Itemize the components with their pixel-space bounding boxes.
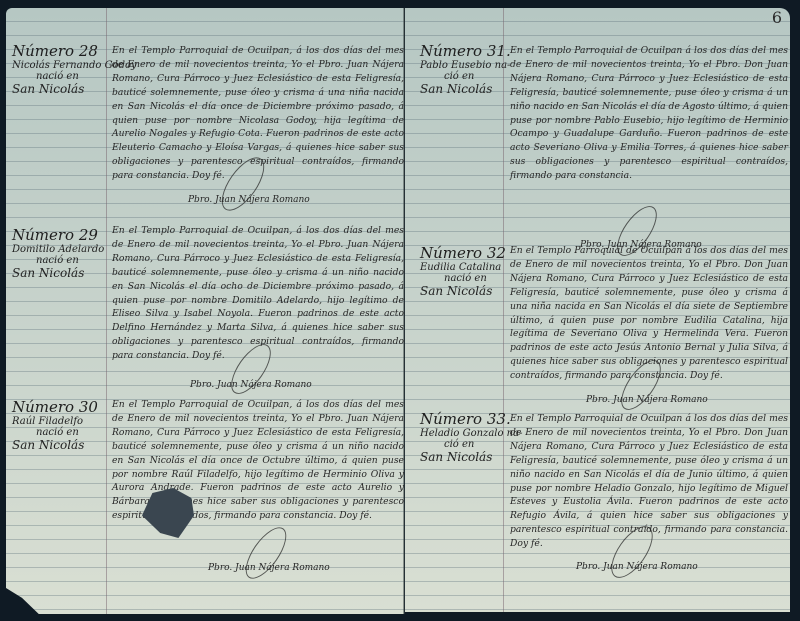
- birthplace: San Nicolás: [12, 438, 112, 452]
- birthplace: San Nicolás: [420, 82, 520, 96]
- entry-number: Número 29: [12, 226, 112, 244]
- margin-rule: [503, 8, 504, 612]
- entry-margin-30: Número 30 Raúl Filadelfo nació en San Ni…: [12, 398, 112, 452]
- entry-number: Número 28: [12, 42, 112, 60]
- entry-text-29: En el Templo Parroquial de Ocuilpan, á l…: [112, 224, 404, 363]
- entry-name: Raúl Filadelfo: [12, 416, 112, 427]
- entry-name: Nicolás Fernando Godoy: [12, 60, 112, 71]
- entry-number: Número 32: [420, 244, 520, 262]
- entry-margin-33: Número 33. Heladio Gonzalo na- ció en Sa…: [420, 410, 520, 464]
- born-label: nació en: [12, 255, 112, 266]
- margin-rule: [106, 8, 107, 614]
- birthplace: San Nicolás: [12, 266, 112, 280]
- born-label: nació en: [420, 273, 520, 284]
- born-label: ció en: [420, 439, 520, 450]
- page-number: 6: [772, 8, 782, 27]
- entry-margin-32: Número 32 Eudilia Catalina nació en San …: [420, 244, 520, 298]
- entry-number: Número 33.: [420, 410, 520, 428]
- born-label: nació en: [12, 427, 112, 438]
- birthplace: San Nicolás: [12, 82, 112, 96]
- entry-margin-29: Número 29 Domitilo Adelardo nació en San…: [12, 226, 112, 280]
- entry-text-31: En el Templo Parroquial de Ocuilpan á lo…: [510, 44, 788, 183]
- birthplace: San Nicolás: [420, 284, 520, 298]
- entry-margin-31: Número 31. Pablo Eusebio na- ció en San …: [420, 42, 520, 96]
- entry-number: Número 31.: [420, 42, 520, 60]
- entry-name: Domitilo Adelardo: [12, 244, 112, 255]
- entry-name: Pablo Eusebio na-: [420, 60, 520, 71]
- entry-margin-28: Número 28 Nicolás Fernando Godoy nació e…: [12, 42, 112, 96]
- born-label: ció en: [420, 71, 520, 82]
- birthplace: San Nicolás: [420, 450, 520, 464]
- entry-name: Heladio Gonzalo na-: [420, 428, 520, 439]
- born-label: nació en: [12, 71, 112, 82]
- entry-number: Número 30: [12, 398, 112, 416]
- entry-name: Eudilia Catalina: [420, 262, 520, 273]
